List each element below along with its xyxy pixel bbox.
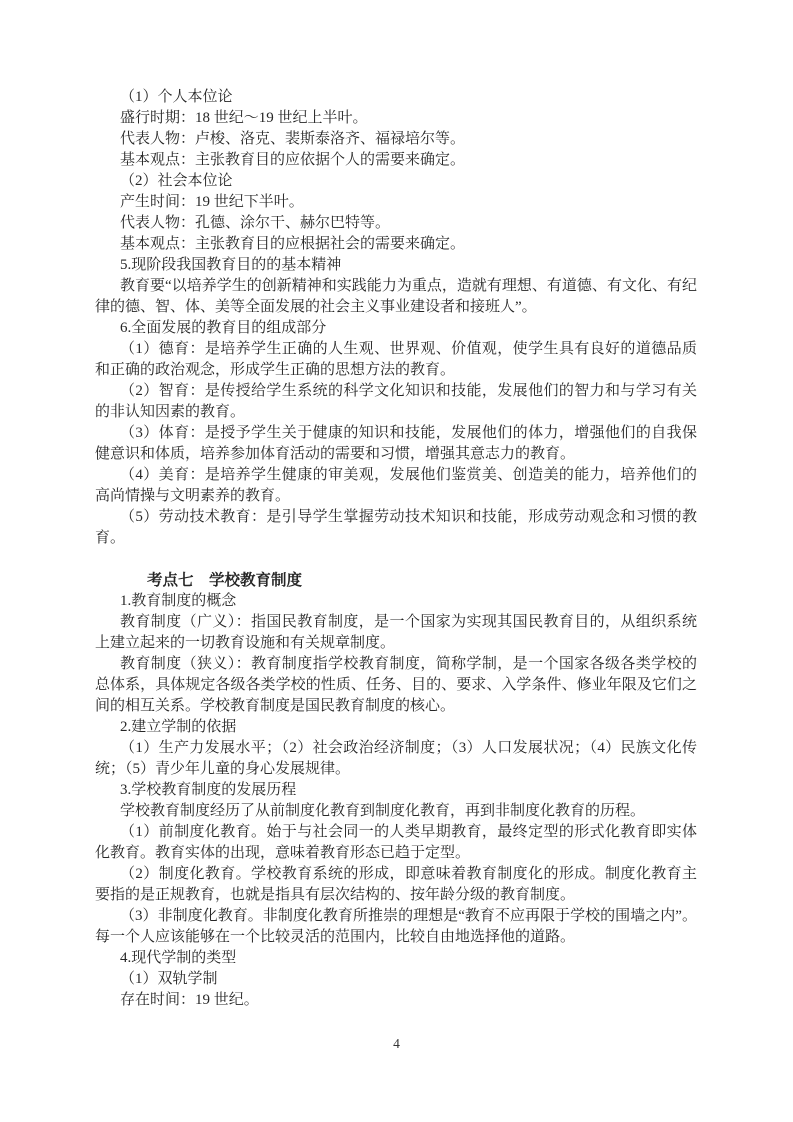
paragraph: 存在时间：19 世纪。 [95, 990, 697, 1011]
paragraph: （4）美育：是培养学生健康的审美观，发展他们鉴赏美、创造美的能力，培养他们的高尚… [95, 465, 697, 507]
paragraph: 基本观点：主张教育目的应依据个人的需要来确定。 [95, 150, 697, 171]
paragraph: 2.建立学制的依据 [95, 717, 697, 738]
paragraph: （1）德育：是培养学生正确的人生观、世界观、价值观，使学生具有良好的道德品质和正… [95, 339, 697, 381]
paragraph: 3.学校教育制度的发展历程 [95, 780, 697, 801]
paragraph: 代表人物：卢梭、洛克、裴斯泰洛齐、福禄培尔等。 [95, 129, 697, 150]
document-body: （1）个人本位论 盛行时期：18 世纪～19 世纪上半叶。 代表人物：卢梭、洛克… [95, 87, 697, 1011]
paragraph: （3）体育：是授予学生关于健康的知识和技能，发展他们的体力，增强他们的自我保健意… [95, 423, 697, 465]
paragraph: 教育制度（狭义）：教育制度指学校教育制度，简称学制，是一个国家各级各类学校的总体… [95, 654, 697, 717]
paragraph: 1.教育制度的概念 [95, 591, 697, 612]
paragraph: 6.全面发展的教育目的组成部分 [95, 318, 697, 339]
paragraph: 教育制度（广义）：指国民教育制度，是一个国家为实现其国民教育目的，从组织系统上建… [95, 612, 697, 654]
paragraph: （1）个人本位论 [95, 87, 697, 108]
paragraph: 教育要“以培养学生的创新精神和实践能力为重点，造就有理想、有道德、有文化、有纪律… [95, 276, 697, 318]
paragraph: 学校教育制度经历了从前制度化教育到制度化教育，再到非制度化教育的历程。 [95, 801, 697, 822]
paragraph: 4.现代学制的类型 [95, 948, 697, 969]
paragraph: （2）智育：是传授给学生系统的科学文化知识和技能，发展他们的智力和与学习有关的非… [95, 381, 697, 423]
document-page: （1）个人本位论 盛行时期：18 世纪～19 世纪上半叶。 代表人物：卢梭、洛克… [0, 0, 793, 1122]
page-number: 4 [0, 1036, 793, 1052]
paragraph: （3）非制度化教育。非制度化教育所推崇的理想是“教育不应再限于学校的围墙之内”。… [95, 906, 697, 948]
paragraph: 盛行时期：18 世纪～19 世纪上半叶。 [95, 108, 697, 129]
paragraph: （1）生产力发展水平；（2）社会政治经济制度；（3）人口发展状况；（4）民族文化… [95, 738, 697, 780]
section-heading-kaodian7: 考点七 学校教育制度 [95, 570, 697, 591]
paragraph: （2）社会本位论 [95, 171, 697, 192]
paragraph: （2）制度化教育。学校教育系统的形成，即意味着教育制度化的形成。制度化教育主要指… [95, 864, 697, 906]
paragraph: 5.现阶段我国教育目的的基本精神 [95, 255, 697, 276]
paragraph: 产生时间：19 世纪下半叶。 [95, 192, 697, 213]
paragraph: （1）双轨学制 [95, 969, 697, 990]
paragraph: 基本观点：主张教育目的应根据社会的需要来确定。 [95, 234, 697, 255]
paragraph: （5）劳动技术教育：是引导学生掌握劳动技术知识和技能，形成劳动观念和习惯的教育。 [95, 507, 697, 549]
paragraph: 代表人物：孔德、涂尔干、赫尔巴特等。 [95, 213, 697, 234]
paragraph: （1）前制度化教育。始于与社会同一的人类早期教育，最终定型的形式化教育即实体化教… [95, 822, 697, 864]
